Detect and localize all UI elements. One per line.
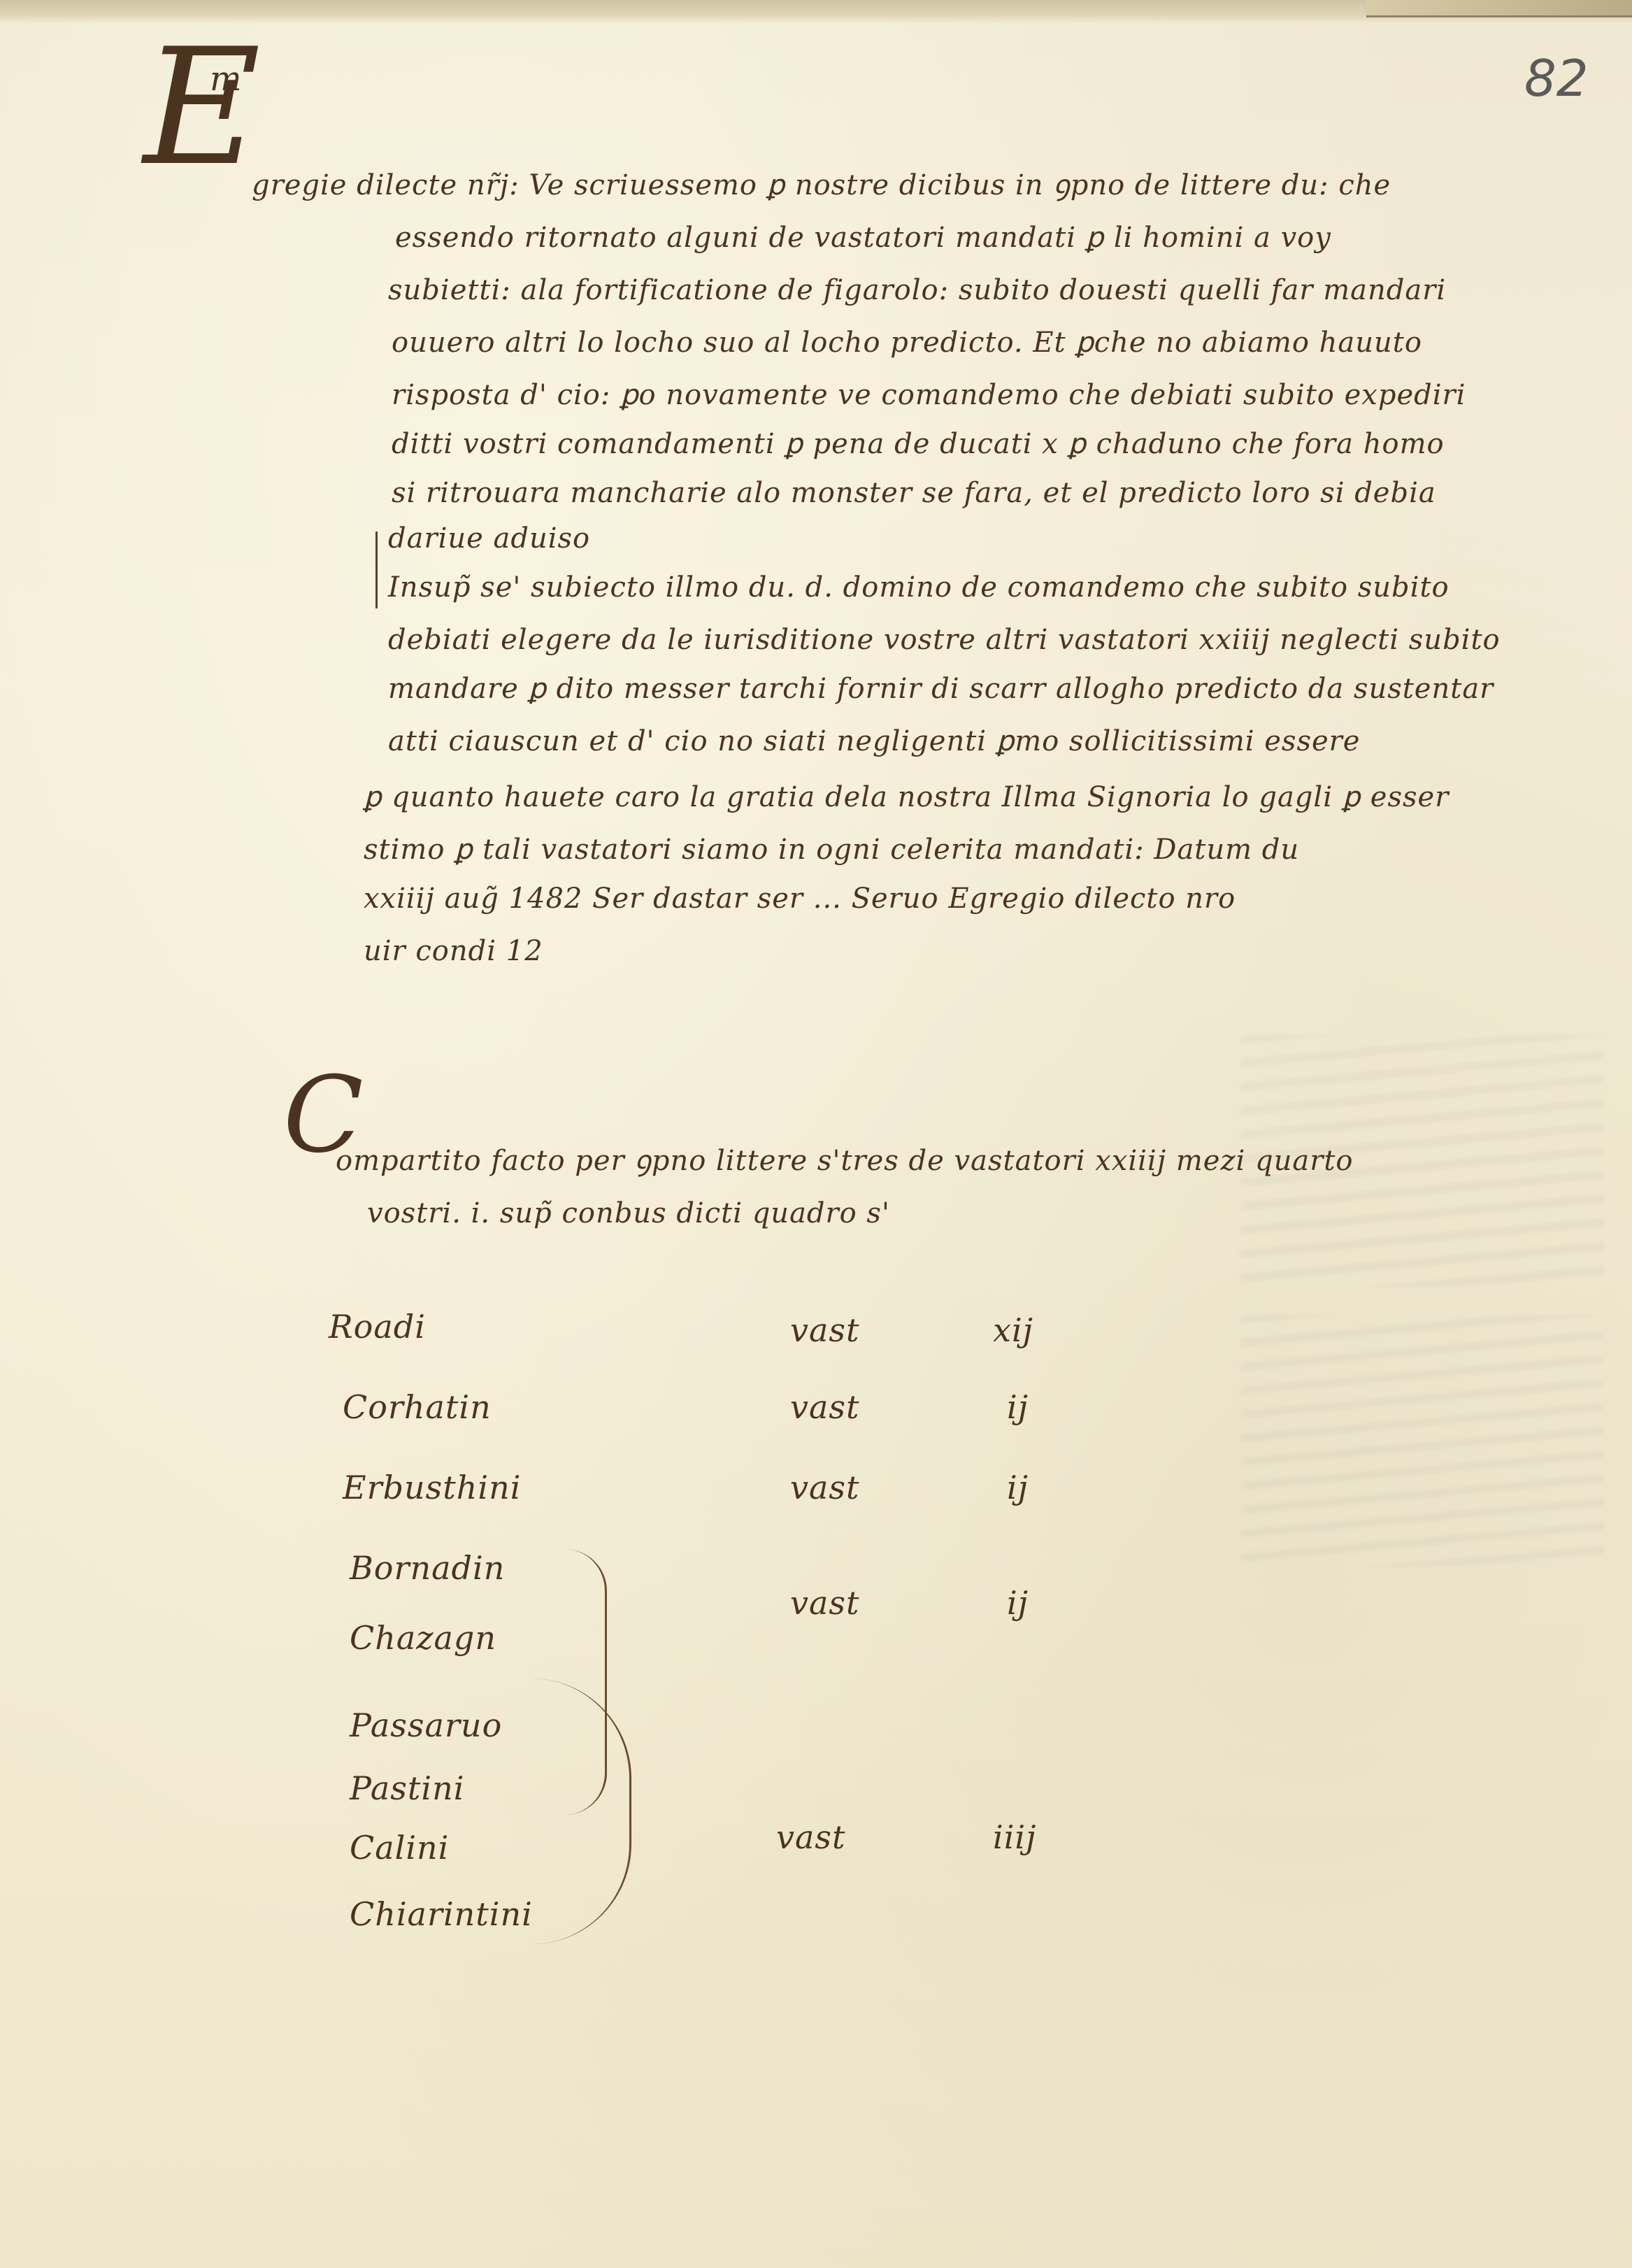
binding-edge — [1366, 0, 1632, 17]
place-name: Passaruo — [350, 1706, 502, 1744]
count-value: iiij — [993, 1818, 1036, 1856]
count-value: ij — [1007, 1584, 1029, 1622]
vast-label: vast — [790, 1469, 860, 1506]
vast-label: vast — [776, 1818, 846, 1856]
letter-line: dariue aduiso — [388, 525, 590, 552]
folio-number: 82 — [1524, 49, 1589, 108]
letter-line: gregie dilecte nr̃j: Ve scriuessemo ꝑ no… — [252, 171, 1391, 199]
letter-line: ditti vostri comandamenti ꝑ pena de duca… — [392, 430, 1445, 458]
ink-bleed-through — [1240, 1315, 1604, 1567]
initial-superscript: m — [210, 59, 242, 99]
section-line: vostri. i. sup̃ conbus dicti quadro s' — [367, 1199, 890, 1227]
letter-line: stimo ꝑ tali vastatori siamo in ogni cel… — [364, 836, 1299, 864]
letter-line: Insup̃ se' subiecto illmo du. d. domino … — [388, 573, 1450, 601]
place-name: Erbusthini — [343, 1469, 521, 1506]
letter-line: ꝑ quanto hauete caro la gratia dela nost… — [364, 783, 1449, 811]
letter-line: debiati elegere da le iurisditione vostr… — [388, 626, 1501, 654]
manuscript-page: 82 E m gregie dilecte nr̃j: Ve scriuesse… — [0, 0, 1632, 2268]
vast-label: vast — [790, 1388, 860, 1426]
place-name: Corhatin — [343, 1388, 492, 1426]
letter-line: xxiiij aug̃ 1482 Ser dastar ser ... Seru… — [364, 885, 1236, 913]
count-value: ij — [1007, 1388, 1029, 1426]
letter-line: ouuero altri lo locho suo al locho predi… — [392, 329, 1422, 357]
letter-line: essendo ritornato alguni de vastatori ma… — [395, 224, 1331, 252]
letter-line: mandare ꝑ dito messer tarchi fornir di s… — [388, 675, 1494, 703]
count-value: ij — [1007, 1469, 1029, 1506]
section-line: ompartito facto per ꝯpno littere s'tres … — [336, 1147, 1354, 1175]
grouping-brace — [531, 1678, 631, 1944]
vast-label: vast — [790, 1311, 860, 1349]
letter-line: uir condi 12 — [364, 937, 543, 965]
letter-line: subietti: ala fortificatione de figarolo… — [388, 276, 1446, 304]
vast-label: vast — [790, 1584, 860, 1622]
place-name: Pastini — [350, 1769, 464, 1807]
letter-line: atti ciauscun et d' cio no siati neglige… — [388, 727, 1360, 755]
place-name: Roadi — [329, 1308, 426, 1346]
count-value: xij — [993, 1311, 1033, 1349]
letter-line: risposta d' cio: ꝑo novamente ve comande… — [392, 381, 1466, 409]
letter-line: si ritrouara mancharie alo monster se fa… — [392, 479, 1436, 507]
paragraph-marker — [375, 532, 378, 608]
decorated-initial-e: E — [143, 28, 261, 189]
place-name: Chiarintini — [350, 1895, 533, 1933]
place-name: Bornadin — [350, 1549, 505, 1587]
place-name: Chazagn — [350, 1619, 496, 1657]
place-name: Calini — [350, 1829, 449, 1867]
